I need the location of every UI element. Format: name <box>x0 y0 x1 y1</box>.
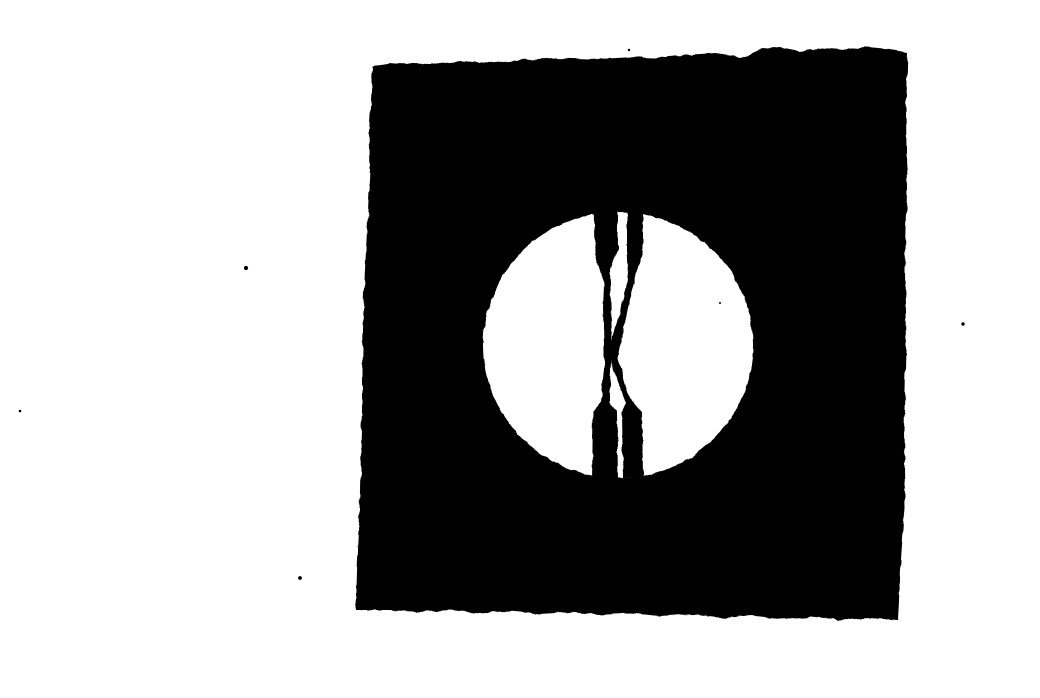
dust-speck <box>961 322 964 325</box>
dust-speck <box>19 410 22 413</box>
dust-speck <box>628 49 630 51</box>
scanned-page <box>0 0 1040 698</box>
dust-speck <box>719 302 721 304</box>
dust-speck <box>298 576 302 580</box>
dust-speck <box>244 266 248 270</box>
plate-group <box>356 47 908 620</box>
micrograph-figure <box>0 0 1040 698</box>
